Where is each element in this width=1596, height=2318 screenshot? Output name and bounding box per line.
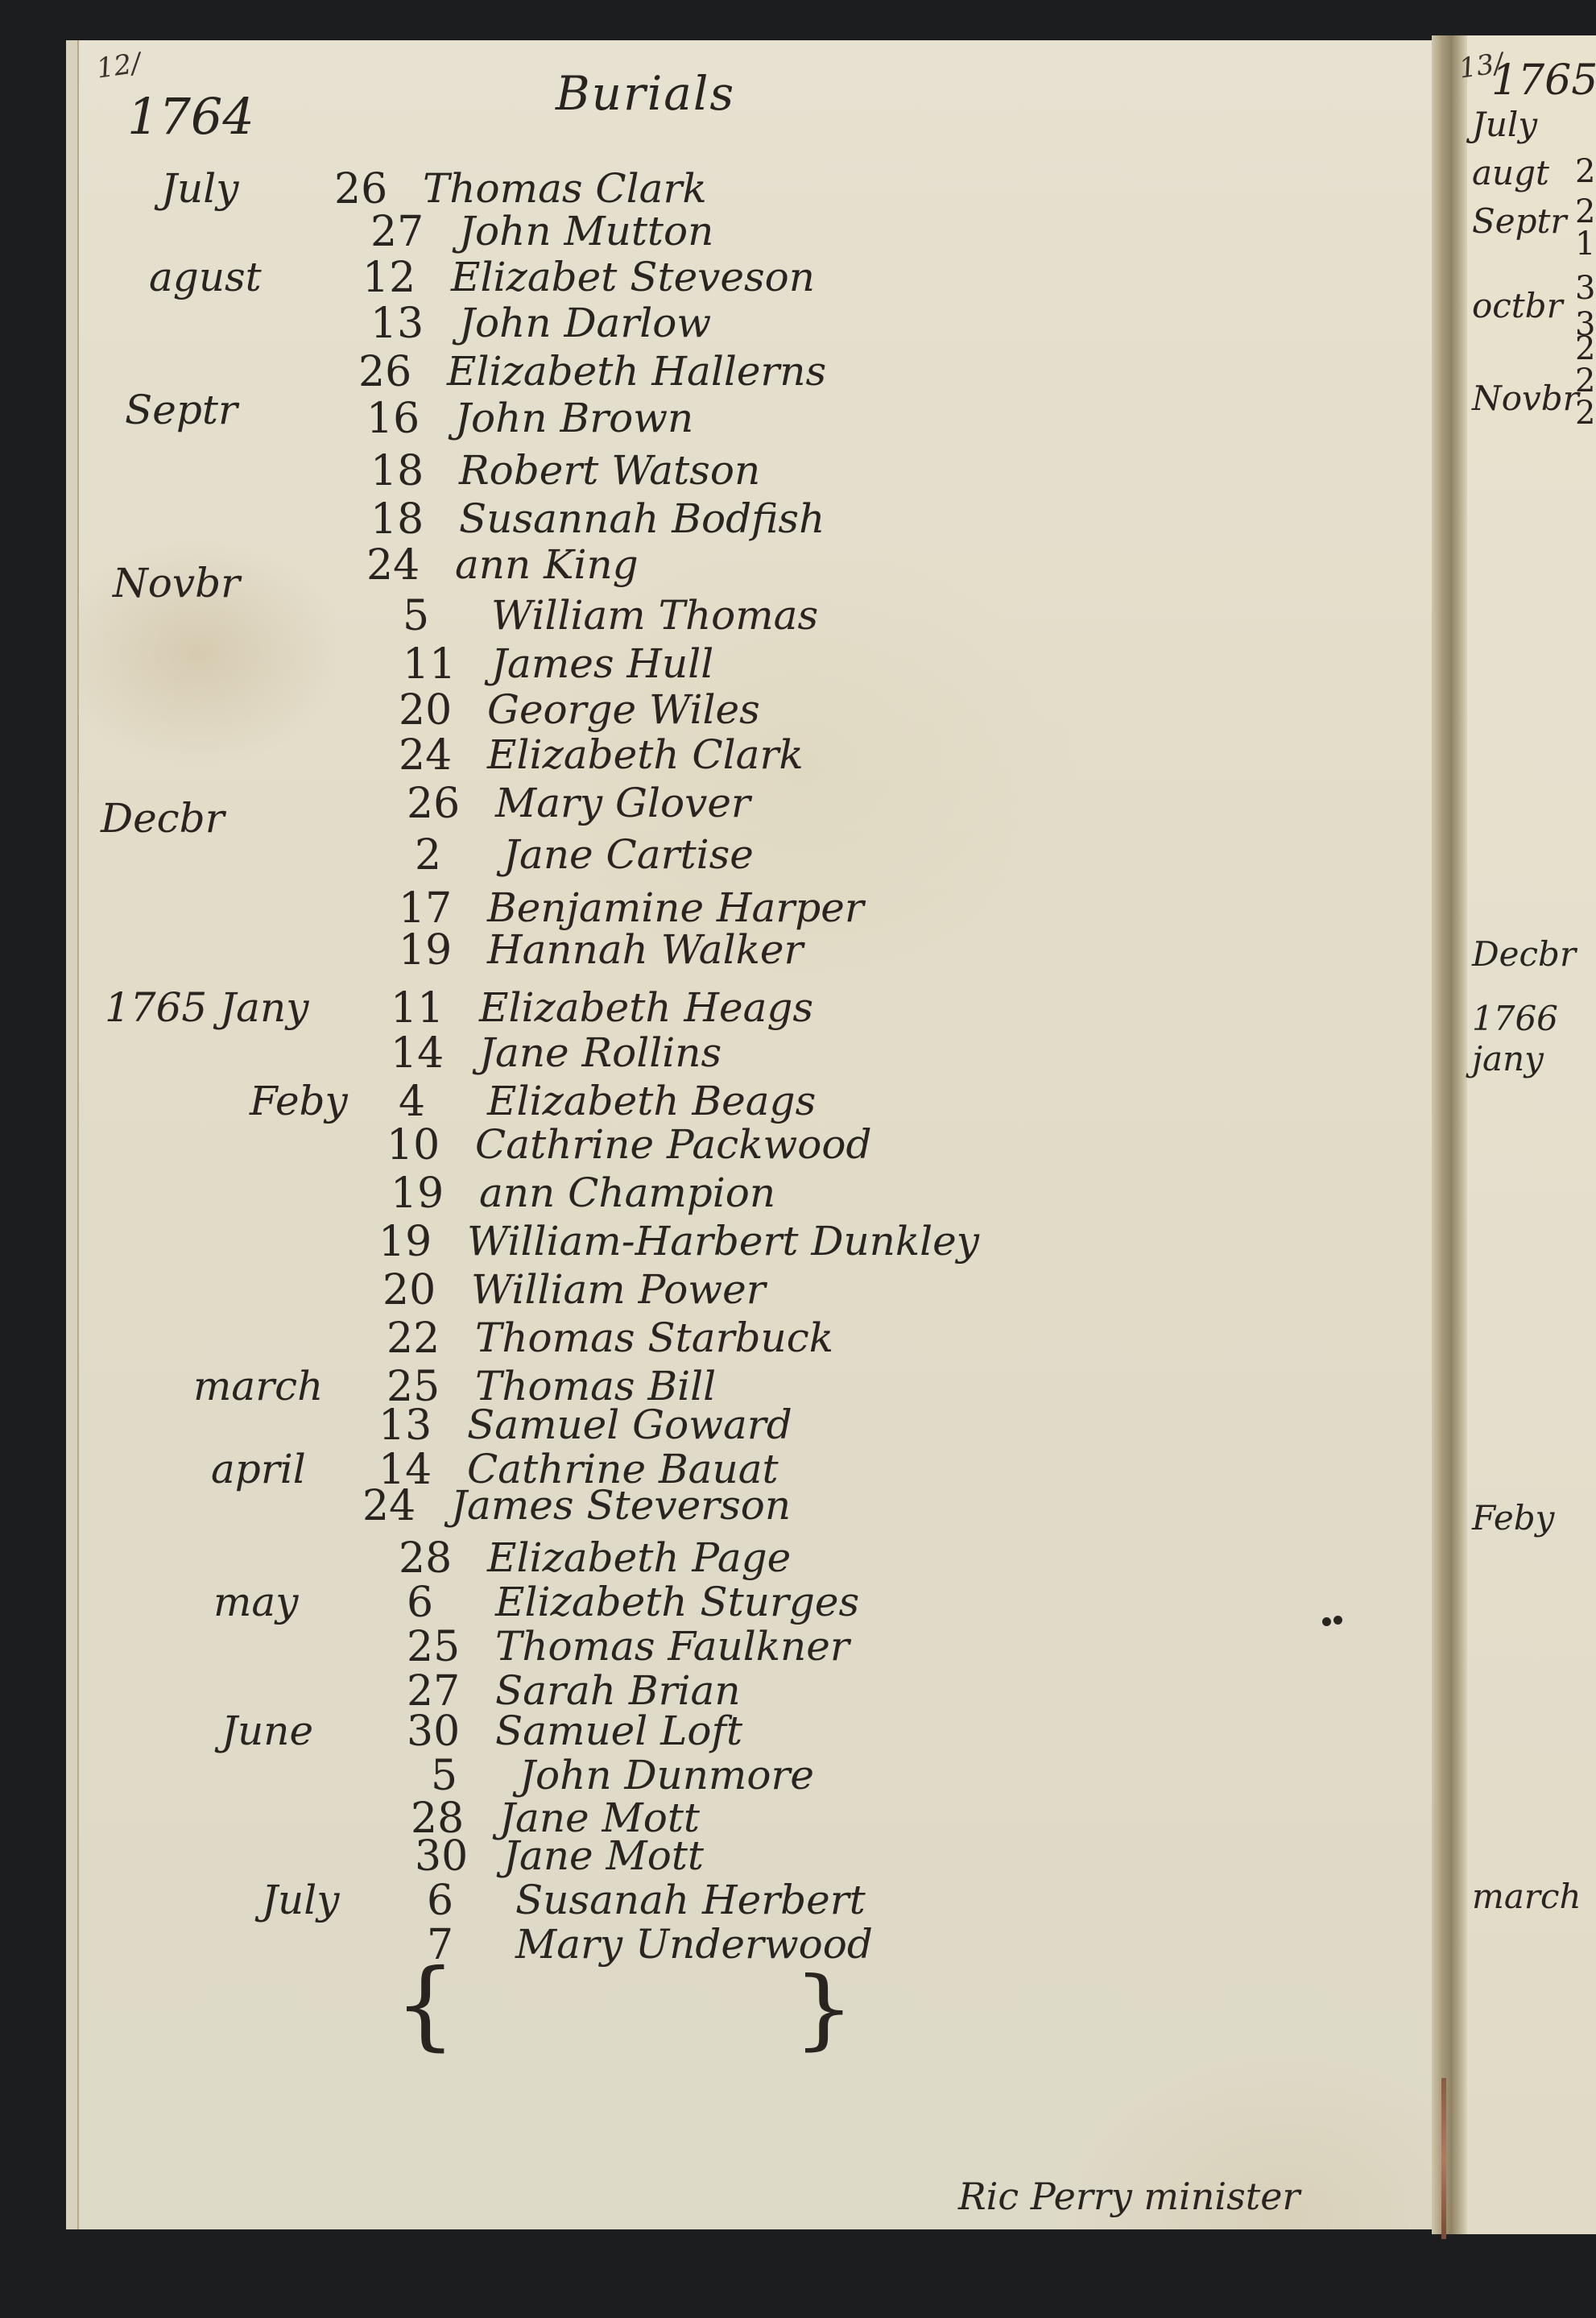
entry-day: 18 (370, 447, 424, 495)
book-gutter (1432, 35, 1467, 2234)
entry-day: 13 (370, 300, 424, 348)
entry-month: July (161, 165, 238, 212)
entry-month: may (213, 1579, 298, 1625)
entry-day: 17 (399, 884, 452, 933)
entry-day: 6 (407, 1579, 433, 1627)
entry-name: Elizabeth Heags (479, 984, 813, 1031)
entry-name: James Steverson (451, 1482, 791, 1529)
entry-month: Septr (125, 387, 238, 433)
right-margin-label: Novbr (1472, 379, 1579, 418)
entry-month: Novbr (113, 560, 240, 606)
entry-name: Susanah Herbert (515, 1877, 866, 1923)
entry-month: July (262, 1877, 339, 1923)
entry-day: 27 (370, 208, 424, 256)
entry-day: 10 (387, 1121, 440, 1169)
right-year-heading: 1765 (1491, 56, 1596, 105)
right-margin-day: 2 (1575, 395, 1595, 432)
entry-month: Decbr (101, 795, 225, 842)
entry-day: 5 (403, 592, 429, 640)
entry-day: 22 (387, 1314, 440, 1363)
entry-name: Elizabeth Page (487, 1534, 791, 1581)
entry-month: Feby (250, 1078, 348, 1124)
entry-name: Elizabeth Beags (487, 1078, 816, 1124)
entry-day: 24 (366, 541, 420, 590)
entry-name: Jane Cartise (503, 831, 754, 878)
right-margin-day: 30 (1575, 270, 1596, 307)
entry-day: 19 (378, 1218, 432, 1266)
entry-name: Samuel Goward (467, 1401, 792, 1448)
right-margin-label: march (1472, 1877, 1582, 1916)
entry-name: Thomas Faulkner (495, 1623, 850, 1670)
entry-name: Elizabeth Hallerns (447, 348, 826, 395)
entry-name: William Thomas (491, 592, 818, 639)
minister-signature: Ric Perry minister (958, 2175, 1300, 2218)
entry-day: 4 (399, 1078, 425, 1126)
entry-day: 20 (382, 1266, 436, 1314)
entry-day: 25 (407, 1623, 460, 1671)
entry-day: 28 (399, 1534, 452, 1583)
entry-name: Elizabeth Clark (487, 731, 804, 778)
entry-day: 2 (415, 831, 441, 880)
right-margin-label: Decbr (1472, 934, 1576, 974)
entry-name: Benjamine Harper (487, 884, 864, 931)
right-margin-label: 1766 (1472, 999, 1558, 1038)
entry-day: 6 (427, 1877, 453, 1925)
entry-day: 30 (415, 1832, 468, 1881)
entry-name: John Mutton (459, 208, 713, 255)
entry-name: Hannah Walker (487, 926, 803, 973)
right-brace: } (793, 1966, 854, 2053)
entry-name: Mary Glover (495, 780, 750, 826)
entry-day: 24 (362, 1482, 416, 1530)
entry-name: Jane Rollins (479, 1029, 722, 1076)
entry-day: 5 (431, 1752, 457, 1800)
entry-name: Susannah Bodfish (459, 495, 825, 542)
entry-name: ann Champion (479, 1169, 775, 1216)
right-margin-label: octbr (1472, 286, 1563, 325)
entry-name: George Wiles (487, 686, 760, 733)
entry-month: June (221, 1707, 313, 1754)
right-margin-label: Septr (1472, 201, 1566, 241)
ink-dots (1321, 1616, 1345, 1629)
entry-day: 26 (334, 165, 387, 213)
entry-name: Elizabeth Sturges (495, 1579, 859, 1625)
left-brace: { (395, 1957, 456, 2054)
right-margin-label: July (1472, 105, 1537, 144)
entry-day: 11 (403, 640, 456, 689)
entry-day: 20 (399, 686, 452, 735)
entry-month: 1765 Jany (105, 984, 308, 1031)
entry-day: 11 (391, 984, 444, 1033)
right-margin-label: augt (1472, 153, 1549, 192)
folio-number: 12/ (94, 47, 143, 85)
entry-day: 18 (370, 495, 424, 544)
entry-name: Thomas Clark (423, 165, 707, 212)
binding-thread (1441, 2078, 1446, 2239)
entry-name: Jane Mott (503, 1832, 704, 1879)
right-margin-label: Feby (1472, 1498, 1554, 1538)
entry-name: Thomas Starbuck (475, 1314, 833, 1361)
entry-day: 26 (358, 348, 411, 396)
right-margin-label: jany (1472, 1039, 1544, 1078)
entry-day: 12 (362, 254, 416, 302)
entry-day: 19 (399, 926, 452, 975)
entry-day: 24 (399, 731, 452, 780)
page-title: Burials (556, 66, 735, 121)
entry-name: William-Harbert Dunkley (467, 1218, 979, 1265)
entry-name: ann King (455, 541, 639, 588)
entry-day: 30 (407, 1707, 460, 1756)
entry-month: agust (149, 254, 262, 300)
entry-day: 26 (407, 780, 460, 828)
entry-name: Robert Watson (459, 447, 760, 494)
entry-day: 19 (391, 1169, 444, 1218)
entry-name: James Hull (491, 640, 713, 687)
entry-day: 16 (366, 395, 420, 443)
entry-name: William Power (471, 1266, 766, 1313)
entry-name: Samuel Loft (495, 1707, 742, 1754)
entry-name: Elizabet Steveson (451, 254, 815, 300)
entry-day: 13 (378, 1401, 432, 1450)
entry-month: march (193, 1363, 323, 1409)
entry-day: 14 (391, 1029, 444, 1078)
right-margin-day: 1 (1575, 226, 1595, 263)
entry-name: John Dunmore (519, 1752, 814, 1799)
entry-name: Cathrine Packwood (475, 1121, 871, 1168)
entry-name: John Brown (455, 395, 693, 441)
year-heading: 1764 (127, 87, 254, 146)
right-margin-day: 2 (1575, 153, 1595, 190)
entry-month: april (211, 1446, 306, 1492)
entry-name: John Darlow (459, 300, 711, 346)
